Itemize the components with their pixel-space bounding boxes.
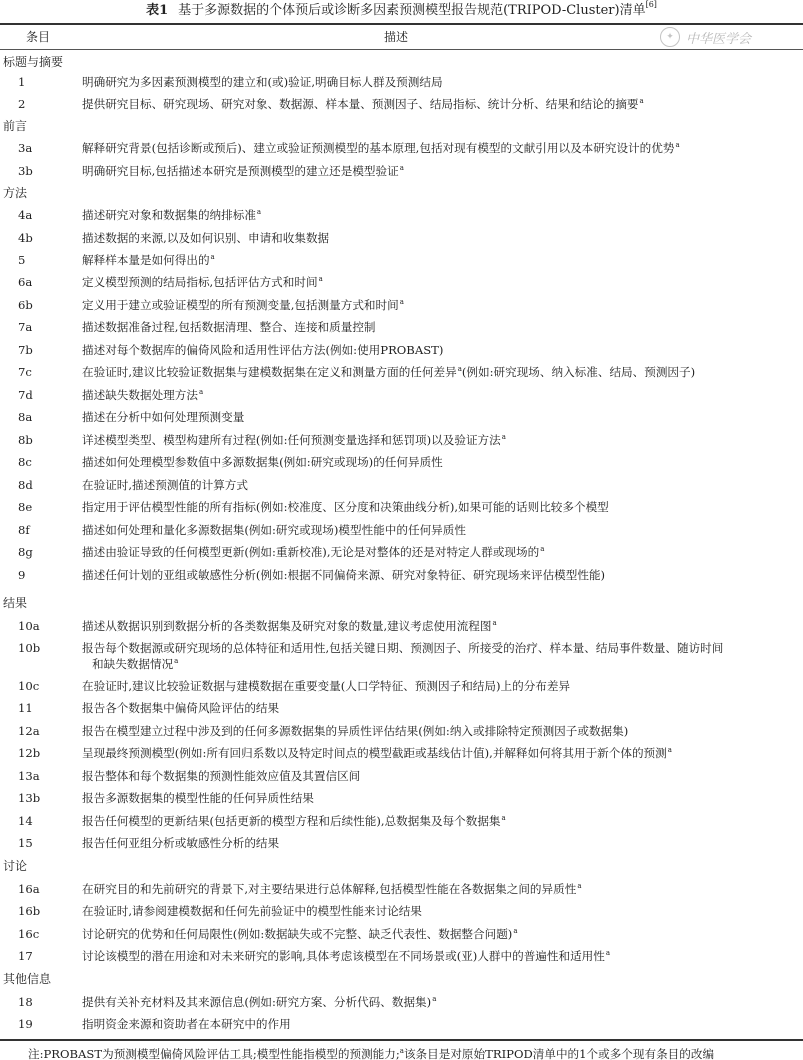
item-description: 解释样本量是如何得出的a bbox=[82, 252, 800, 268]
item-description: 讨论该模型的潜在用途和对未来研究的影响,具体考虑该模型在不同场景或(亚)人群中的… bbox=[82, 948, 800, 964]
item-number: 8g bbox=[18, 544, 33, 560]
item-description: 描述缺失数据处理方法a bbox=[82, 387, 800, 403]
description-text: 在验证时,建议比较验证数据集与建模数据集在定义和测量方面的任何差异 bbox=[82, 365, 457, 379]
item-description: 在验证时,建议比较验证数据集与建模数据集在定义和测量方面的任何差异a(例如:研究… bbox=[82, 364, 800, 380]
description-text: 详述模型类型、模型构建所有过程(例如:任何预测变量选择和惩罚项)以及验证方法 bbox=[82, 433, 501, 447]
adapted-item-mark: a bbox=[502, 433, 506, 441]
item-number: 1 bbox=[18, 74, 25, 90]
adapted-item-mark: a bbox=[432, 995, 436, 1003]
footnote-tail: 该条目是对原始TRIPOD清单中的1个或多个现有条目的改编 bbox=[404, 1047, 714, 1060]
item-description: 在验证时,请参阅建模数据和任何先前验证中的模型性能来讨论结果 bbox=[82, 903, 800, 919]
description-text: 在验证时,请参阅建模数据和任何先前验证中的模型性能来讨论结果 bbox=[82, 904, 422, 918]
item-description: 在验证时,建议比较验证数据与建模数据在重要变量(人口学特征、预测因子和结局)上的… bbox=[82, 678, 800, 694]
item-number: 10c bbox=[18, 678, 39, 694]
adapted-item-mark: a bbox=[199, 388, 203, 396]
description-text: 报告多源数据集的模型性能的任何异质性结果 bbox=[82, 791, 314, 805]
description-text: 在验证时,描述预测值的计算方式 bbox=[82, 478, 248, 492]
item-description: 报告任何模型的更新结果(包括更新的模型方程和后续性能),总数据集及每个数据集a bbox=[82, 813, 800, 829]
item-number: 7a bbox=[18, 319, 32, 335]
item-number: 8f bbox=[18, 522, 30, 538]
item-description: 报告任何亚组分析或敏感性分析的结果 bbox=[82, 835, 800, 851]
item-number: 12a bbox=[18, 723, 40, 739]
item-description: 解释研究背景(包括诊断或预后)、建立或验证预测模型的基本原理,包括对现有模型的文… bbox=[82, 140, 800, 156]
item-number: 16b bbox=[18, 903, 40, 919]
item-number: 4a bbox=[18, 207, 32, 223]
description-text: 描述数据的来源,以及如何识别、申请和收集数据 bbox=[82, 231, 329, 245]
item-number: 11 bbox=[18, 700, 33, 716]
item-number: 10a bbox=[18, 618, 40, 634]
section-heading: 方法 bbox=[3, 185, 27, 201]
section-heading: 其他信息 bbox=[3, 971, 51, 987]
description-text: 指定用于评估模型性能的所有指标(例如:校准度、区分度和决策曲线分析),如果可能的… bbox=[82, 500, 609, 514]
description-text: 明确研究为多因素预测模型的建立和(或)验证,明确目标人群及预测结局 bbox=[82, 75, 443, 89]
item-description: 描述从数据识别到数据分析的各类数据集及研究对象的数量,建议考虑使用流程图a bbox=[82, 618, 800, 634]
item-description: 明确研究为多因素预测模型的建立和(或)验证,明确目标人群及预测结局 bbox=[82, 74, 800, 90]
section-heading: 讨论 bbox=[3, 858, 27, 874]
description-text: 报告整体和每个数据集的预测性能效应值及其置信区间 bbox=[82, 769, 360, 783]
item-number: 7c bbox=[18, 364, 32, 380]
description-text: 描述从数据识别到数据分析的各类数据集及研究对象的数量,建议考虑使用流程图 bbox=[82, 619, 491, 633]
adapted-item-mark: a bbox=[540, 545, 544, 553]
item-number: 16a bbox=[18, 881, 40, 897]
description-tail: (例如:研究现场、纳入标准、结局、预测因子) bbox=[462, 365, 695, 379]
description-text: 报告每个数据源或研究现场的总体特征和适用性,包括关键日期、预测因子、所接受的治疗… bbox=[82, 641, 723, 655]
item-description: 描述任何计划的亚组或敏感性分析(例如:根据不同偏倚来源、研究对象特征、研究现场来… bbox=[82, 567, 800, 583]
description-text: 报告各个数据集中偏倚风险评估的结果 bbox=[82, 701, 279, 715]
item-description: 讨论研究的优势和任何局限性(例如:数据缺失或不完整、缺乏代表性、数据整合问题)a bbox=[82, 926, 800, 942]
adapted-item-mark: a bbox=[174, 657, 178, 665]
watermark-text: 中华医学会 bbox=[686, 28, 751, 47]
description-text: 描述缺失数据处理方法 bbox=[82, 388, 198, 402]
item-number: 8d bbox=[18, 477, 33, 493]
description-text: 描述数据准备过程,包括数据清理、整合、连接和质量控制 bbox=[82, 320, 376, 334]
section-heading: 结果 bbox=[3, 595, 27, 611]
item-description: 定义模型预测的结局指标,包括评估方式和时间a bbox=[82, 274, 800, 290]
adapted-item-mark: a bbox=[675, 141, 679, 149]
item-description: 报告各个数据集中偏倚风险评估的结果 bbox=[82, 700, 800, 716]
item-number: 8a bbox=[18, 409, 32, 425]
adapted-item-mark: a bbox=[577, 882, 581, 890]
description-text: 定义模型预测的结局指标,包括评估方式和时间 bbox=[82, 275, 318, 289]
section-heading: 前言 bbox=[3, 118, 27, 134]
adapted-item-mark: a bbox=[211, 253, 215, 261]
description-text: 指明资金来源和资助者在本研究中的作用 bbox=[82, 1017, 291, 1031]
item-number: 7b bbox=[18, 342, 33, 358]
item-number: 6a bbox=[18, 274, 32, 290]
item-number: 13b bbox=[18, 790, 40, 806]
table-title: 表1基于多源数据的个体预后或诊断多因素预测模型报告规范(TRIPOD-Clust… bbox=[0, 0, 803, 22]
item-number: 16c bbox=[18, 926, 39, 942]
description-text: 提供研究目标、研究现场、研究对象、数据源、样本量、预测因子、结局指标、统计分析、… bbox=[82, 97, 639, 111]
table-title-text: 基于多源数据的个体预后或诊断多因素预测模型报告规范(TRIPOD-Cluster… bbox=[178, 3, 645, 18]
table-bottom-rule bbox=[0, 1039, 803, 1041]
description-text: 描述由验证导致的任何模型更新(例如:重新校准),无论是对整体的还是对特定人群或现… bbox=[82, 545, 539, 559]
footnote-text: 注:PROBAST为预测模型偏倚风险评估工具;模型性能指模型的预测能力; bbox=[28, 1047, 400, 1060]
table-header-rule bbox=[0, 49, 803, 50]
description-text: 呈现最终预测模型(例如:所有回归系数以及特定时间点的模型截距或基线估计值),并解… bbox=[82, 746, 667, 760]
item-description: 描述数据的来源,以及如何识别、申请和收集数据 bbox=[82, 230, 800, 246]
item-description: 描述如何处理模型参数值中多源数据集(例如:研究或现场)的任何异质性 bbox=[82, 454, 800, 470]
adapted-item-mark: a bbox=[400, 298, 404, 306]
item-number: 14 bbox=[18, 813, 33, 829]
header-description: 描述 bbox=[384, 25, 408, 49]
adapted-item-mark: a bbox=[257, 208, 261, 216]
description-text: 报告任何模型的更新结果(包括更新的模型方程和后续性能),总数据集及每个数据集 bbox=[82, 814, 501, 828]
item-number: 7d bbox=[18, 387, 33, 403]
description-text: 描述如何处理模型参数值中多源数据集(例如:研究或现场)的任何异质性 bbox=[82, 455, 443, 469]
description-text: 提供有关补充材料及其来源信息(例如:研究方案、分析代码、数据集) bbox=[82, 995, 431, 1009]
section-heading: 标题与摘要 bbox=[3, 54, 63, 70]
description-text: 明确研究目标,包括描述本研究是预测模型的建立还是模型验证 bbox=[82, 164, 399, 178]
description-text: 描述如何处理和量化多源数据集(例如:研究或现场)模型性能中的任何异质性 bbox=[82, 523, 466, 537]
item-description: 呈现最终预测模型(例如:所有回归系数以及特定时间点的模型截距或基线估计值),并解… bbox=[82, 745, 800, 761]
item-number: 10b bbox=[18, 640, 40, 656]
item-description: 明确研究目标,包括描述本研究是预测模型的建立还是模型验证a bbox=[82, 163, 800, 179]
item-number: 19 bbox=[18, 1016, 33, 1032]
item-number: 3a bbox=[18, 140, 32, 156]
item-number: 8c bbox=[18, 454, 32, 470]
description-text: 解释样本量是如何得出的 bbox=[82, 253, 210, 267]
item-number: 2 bbox=[18, 96, 25, 112]
description-continuation: 和缺失数据情况a bbox=[82, 656, 800, 672]
item-number: 9 bbox=[18, 567, 25, 583]
item-number: 12b bbox=[18, 745, 40, 761]
description-text: 定义用于建立或验证模型的所有预测变量,包括测量方式和时间 bbox=[82, 298, 399, 312]
description-text: 报告在模型建立过程中涉及到的任何多源数据集的异质性评估结果(例如:纳入或排除特定… bbox=[82, 724, 628, 738]
adapted-item-mark: a bbox=[492, 619, 496, 627]
adapted-item-mark: a bbox=[502, 814, 506, 822]
item-number: 3b bbox=[18, 163, 33, 179]
adapted-item-mark: a bbox=[640, 97, 644, 105]
item-description: 提供研究目标、研究现场、研究对象、数据源、样本量、预测因子、结局指标、统计分析、… bbox=[82, 96, 800, 112]
item-description: 描述数据准备过程,包括数据清理、整合、连接和质量控制 bbox=[82, 319, 800, 335]
item-number: 6b bbox=[18, 297, 33, 313]
item-number: 15 bbox=[18, 835, 33, 851]
description-text: 解释研究背景(包括诊断或预后)、建立或验证预测模型的基本原理,包括对现有模型的文… bbox=[82, 141, 674, 155]
item-description: 描述在分析中如何处理预测变量 bbox=[82, 409, 800, 425]
item-description: 描述如何处理和量化多源数据集(例如:研究或现场)模型性能中的任何异质性 bbox=[82, 522, 800, 538]
item-number: 5 bbox=[18, 252, 25, 268]
item-description: 报告多源数据集的模型性能的任何异质性结果 bbox=[82, 790, 800, 806]
description-text: 描述任何计划的亚组或敏感性分析(例如:根据不同偏倚来源、研究对象特征、研究现场来… bbox=[82, 568, 605, 582]
item-number: 8b bbox=[18, 432, 33, 448]
item-description: 在验证时,描述预测值的计算方式 bbox=[82, 477, 800, 493]
item-description: 描述对每个数据库的偏倚风险和适用性评估方法(例如:使用PROBAST) bbox=[82, 342, 800, 358]
item-description: 描述由验证导致的任何模型更新(例如:重新校准),无论是对整体的还是对特定人群或现… bbox=[82, 544, 800, 560]
item-number: 17 bbox=[18, 948, 33, 964]
description-text: 描述在分析中如何处理预测变量 bbox=[82, 410, 244, 424]
item-number: 4b bbox=[18, 230, 33, 246]
adapted-item-mark: a bbox=[319, 275, 323, 283]
title-reference: [6] bbox=[646, 0, 657, 9]
header-item: 条目 bbox=[26, 25, 50, 49]
item-description: 提供有关补充材料及其来源信息(例如:研究方案、分析代码、数据集)a bbox=[82, 994, 800, 1010]
description-text: 在研究目的和先前研究的背景下,对主要结果进行总体解释,包括模型性能在各数据集之间… bbox=[82, 882, 576, 896]
watermark: ✦ 中华医学会 bbox=[660, 26, 751, 48]
description-text: 描述研究对象和数据集的纳排标准 bbox=[82, 208, 256, 222]
description-text: 报告任何亚组分析或敏感性分析的结果 bbox=[82, 836, 279, 850]
item-description: 报告在模型建立过程中涉及到的任何多源数据集的异质性评估结果(例如:纳入或排除特定… bbox=[82, 723, 800, 739]
item-description: 详述模型类型、模型构建所有过程(例如:任何预测变量选择和惩罚项)以及验证方法a bbox=[82, 432, 800, 448]
item-number: 13a bbox=[18, 768, 40, 784]
continuation-text: 和缺失数据情况 bbox=[92, 657, 173, 671]
item-description: 指定用于评估模型性能的所有指标(例如:校准度、区分度和决策曲线分析),如果可能的… bbox=[82, 499, 800, 515]
item-description: 报告每个数据源或研究现场的总体特征和适用性,包括关键日期、预测因子、所接受的治疗… bbox=[82, 640, 800, 672]
adapted-item-mark: a bbox=[400, 164, 404, 172]
item-description: 报告整体和每个数据集的预测性能效应值及其置信区间 bbox=[82, 768, 800, 784]
adapted-item-mark: a bbox=[606, 949, 610, 957]
adapted-item-mark: a bbox=[668, 746, 672, 754]
item-description: 描述研究对象和数据集的纳排标准a bbox=[82, 207, 800, 223]
description-text: 讨论该模型的潜在用途和对未来研究的影响,具体考虑该模型在不同场景或(亚)人群中的… bbox=[82, 949, 605, 963]
item-description: 定义用于建立或验证模型的所有预测变量,包括测量方式和时间a bbox=[82, 297, 800, 313]
item-description: 指明资金来源和资助者在本研究中的作用 bbox=[82, 1016, 800, 1032]
item-number: 18 bbox=[18, 994, 33, 1010]
table-label: 表1 bbox=[146, 3, 168, 18]
description-text: 描述对每个数据库的偏倚风险和适用性评估方法(例如:使用PROBAST) bbox=[82, 343, 443, 357]
item-description: 在研究目的和先前研究的背景下,对主要结果进行总体解释,包括模型性能在各数据集之间… bbox=[82, 881, 800, 897]
description-text: 讨论研究的优势和任何局限性(例如:数据缺失或不完整、缺乏代表性、数据整合问题) bbox=[82, 927, 512, 941]
seal-icon: ✦ bbox=[660, 27, 680, 47]
description-text: 在验证时,建议比较验证数据与建模数据在重要变量(人口学特征、预测因子和结局)上的… bbox=[82, 679, 570, 693]
item-number: 8e bbox=[18, 499, 32, 515]
adapted-item-mark: a bbox=[513, 927, 517, 935]
table-footnote: 注:PROBAST为预测模型偏倚风险评估工具;模型性能指模型的预测能力;a该条目… bbox=[28, 1043, 714, 1060]
